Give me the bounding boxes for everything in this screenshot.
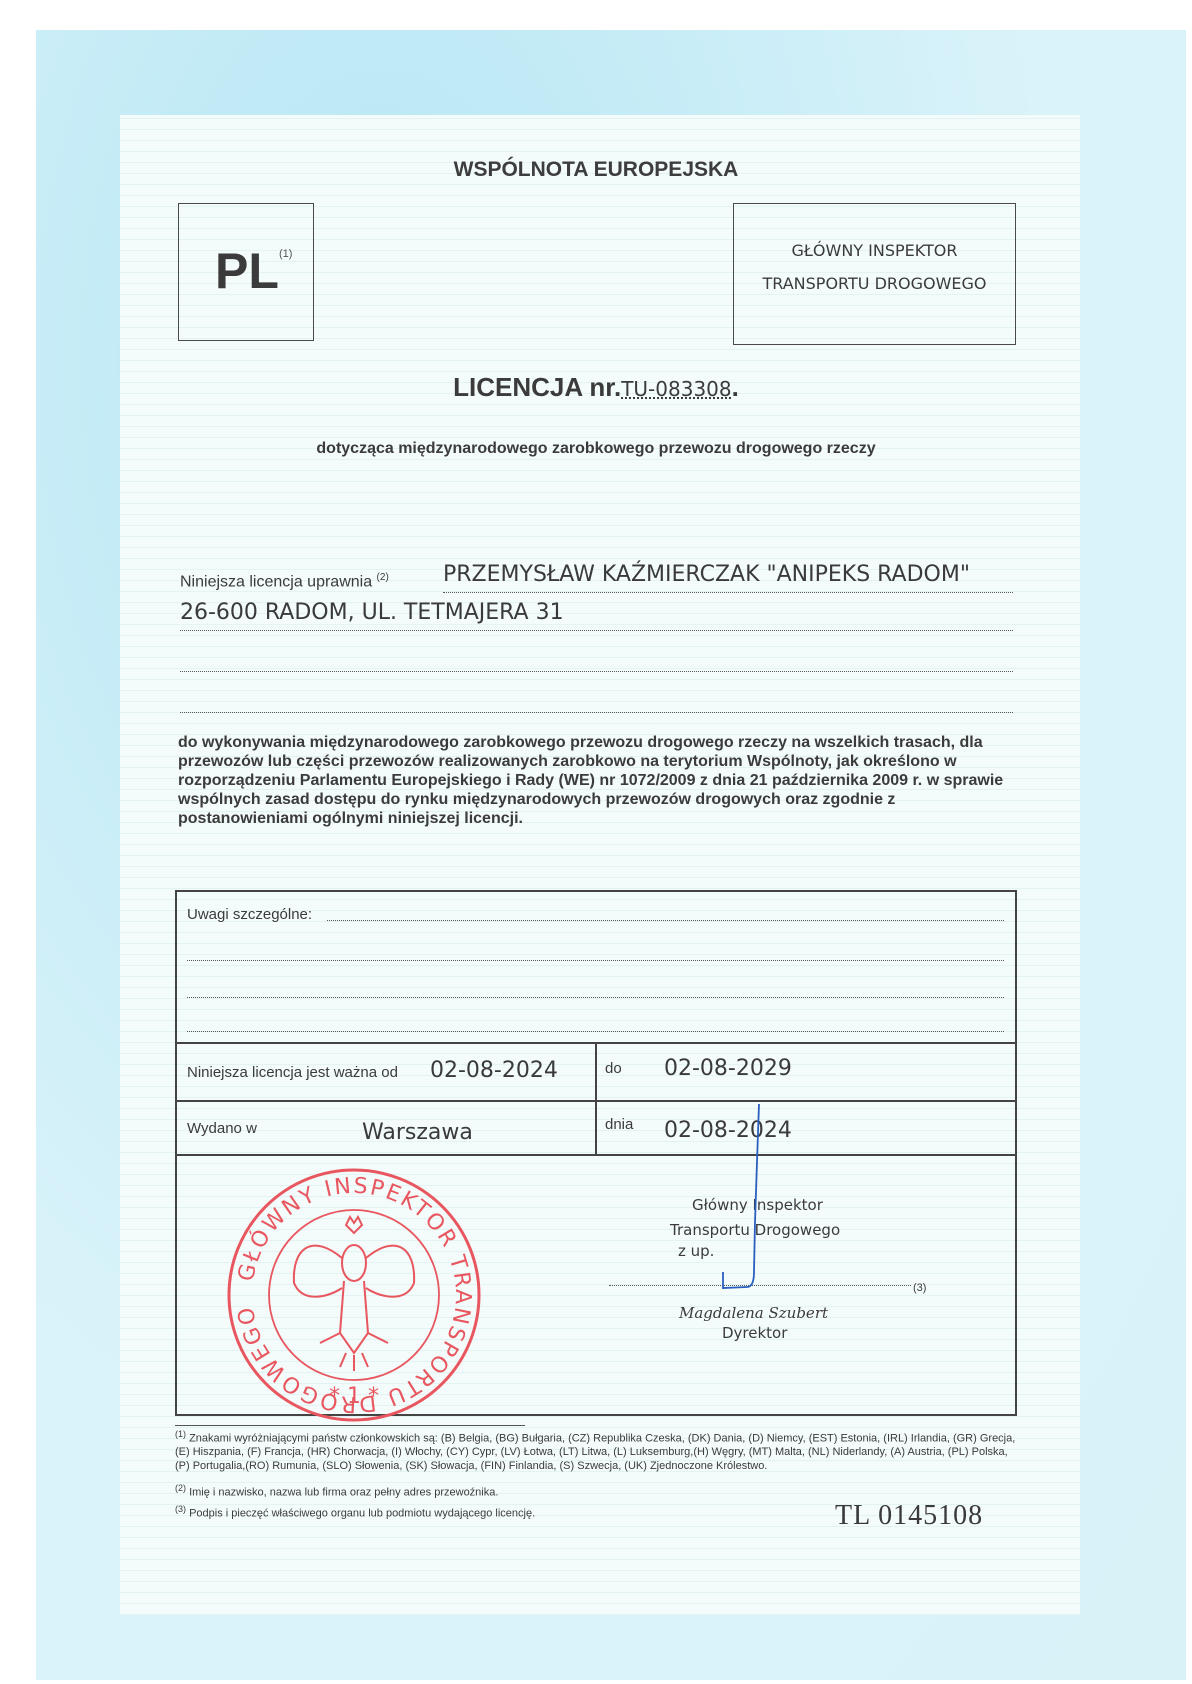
remarks-line	[187, 997, 1004, 998]
signature-note: (3)	[913, 1282, 926, 1294]
valid-to-label: do	[605, 1060, 622, 1077]
country-code: PL	[215, 242, 279, 300]
dotted-line	[180, 671, 1013, 672]
footnote-1-mark: (1)	[175, 1429, 186, 1439]
signatory-name: Magdalena Szubert	[679, 1304, 828, 1322]
country-code-box: PL (1)	[178, 203, 314, 341]
signatory-position: Dyrektor	[722, 1324, 787, 1342]
stamp-number: * 1 *	[329, 1384, 379, 1409]
handwritten-signature	[717, 1102, 767, 1302]
authority-line-2: TRANSPORTU DROGOWEGO	[734, 274, 1015, 293]
valid-from-date: 02-08-2024	[430, 1058, 558, 1083]
holder-name: PRZEMYSŁAW KAŹMIERCZAK "ANIPEKS RADOM"	[443, 562, 1013, 587]
remarks-label: Uwagi szczególne:	[187, 906, 312, 923]
row-divider	[177, 1154, 1015, 1156]
column-divider	[595, 1042, 597, 1154]
holder-label-text: Niniejsza licencja uprawnia	[180, 573, 372, 590]
license-title-prefix: LICENCJA nr.	[453, 372, 621, 402]
country-code-note: (1)	[279, 248, 292, 260]
holder-label: Niniejsza licencja uprawnia (2)	[180, 572, 389, 591]
license-body-text: do wykonywania międzynarodowego zarobkow…	[178, 733, 1018, 828]
footnote-3-mark: (3)	[175, 1504, 186, 1514]
serial-number: TL 0145108	[835, 1500, 983, 1532]
footnote-2: (2) Imię i nazwisko, nazwa lub firma ora…	[175, 1482, 1020, 1500]
remarks-line	[187, 960, 1004, 961]
license-subtitle: dotycząca międzynarodowego zarobkowego p…	[0, 440, 1192, 458]
footnote-2-mark: (2)	[175, 1483, 186, 1493]
license-title: LICENCJA nr.TU-083308.	[0, 372, 1192, 403]
dotted-line	[180, 630, 1013, 631]
issuing-authority-box: GŁÓWNY INSPEKTOR TRANSPORTU DROGOWEGO	[733, 203, 1016, 345]
license-number: TU-083308	[621, 377, 731, 401]
license-title-suffix: .	[732, 372, 739, 402]
footnote-1-text: Znakami wyróżniającymi państw członkowsk…	[175, 1433, 1015, 1472]
footnote-3-text: Podpis i pieczęć właściwego organu lub p…	[189, 1508, 535, 1520]
footnote-1: (1) Znakami wyróżniającymi państw członk…	[175, 1428, 1020, 1473]
polish-eagle-icon	[294, 1217, 414, 1371]
remarks-line	[187, 1031, 1004, 1032]
dotted-line	[443, 592, 1013, 593]
holder-address: 26-600 RADOM, UL. TETMAJERA 31	[180, 600, 564, 625]
issued-date-label: dnia	[605, 1116, 633, 1133]
holder-label-note: (2)	[377, 572, 389, 583]
dotted-line	[180, 712, 1013, 713]
valid-to-date: 02-08-2029	[664, 1056, 792, 1081]
official-stamp: GŁÓWNY INSPEKTOR TRANSPORTU DROGOWEGO * …	[222, 1163, 486, 1427]
footnote-rule	[175, 1425, 525, 1426]
signatory-title-line-3: z up.	[678, 1242, 714, 1260]
footnote-2-text: Imię i nazwisko, nazwa lub firma oraz pe…	[189, 1487, 498, 1499]
valid-from-label: Niniejsza licencja jest ważna od	[187, 1064, 398, 1081]
issued-place-label: Wydano w	[187, 1120, 257, 1137]
remarks-line	[327, 920, 1004, 921]
authority-line-1: GŁÓWNY INSPEKTOR	[734, 241, 1015, 260]
issued-place: Warszawa	[362, 1120, 473, 1145]
community-heading: WSPÓLNOTA EUROPEJSKA	[0, 158, 1192, 182]
